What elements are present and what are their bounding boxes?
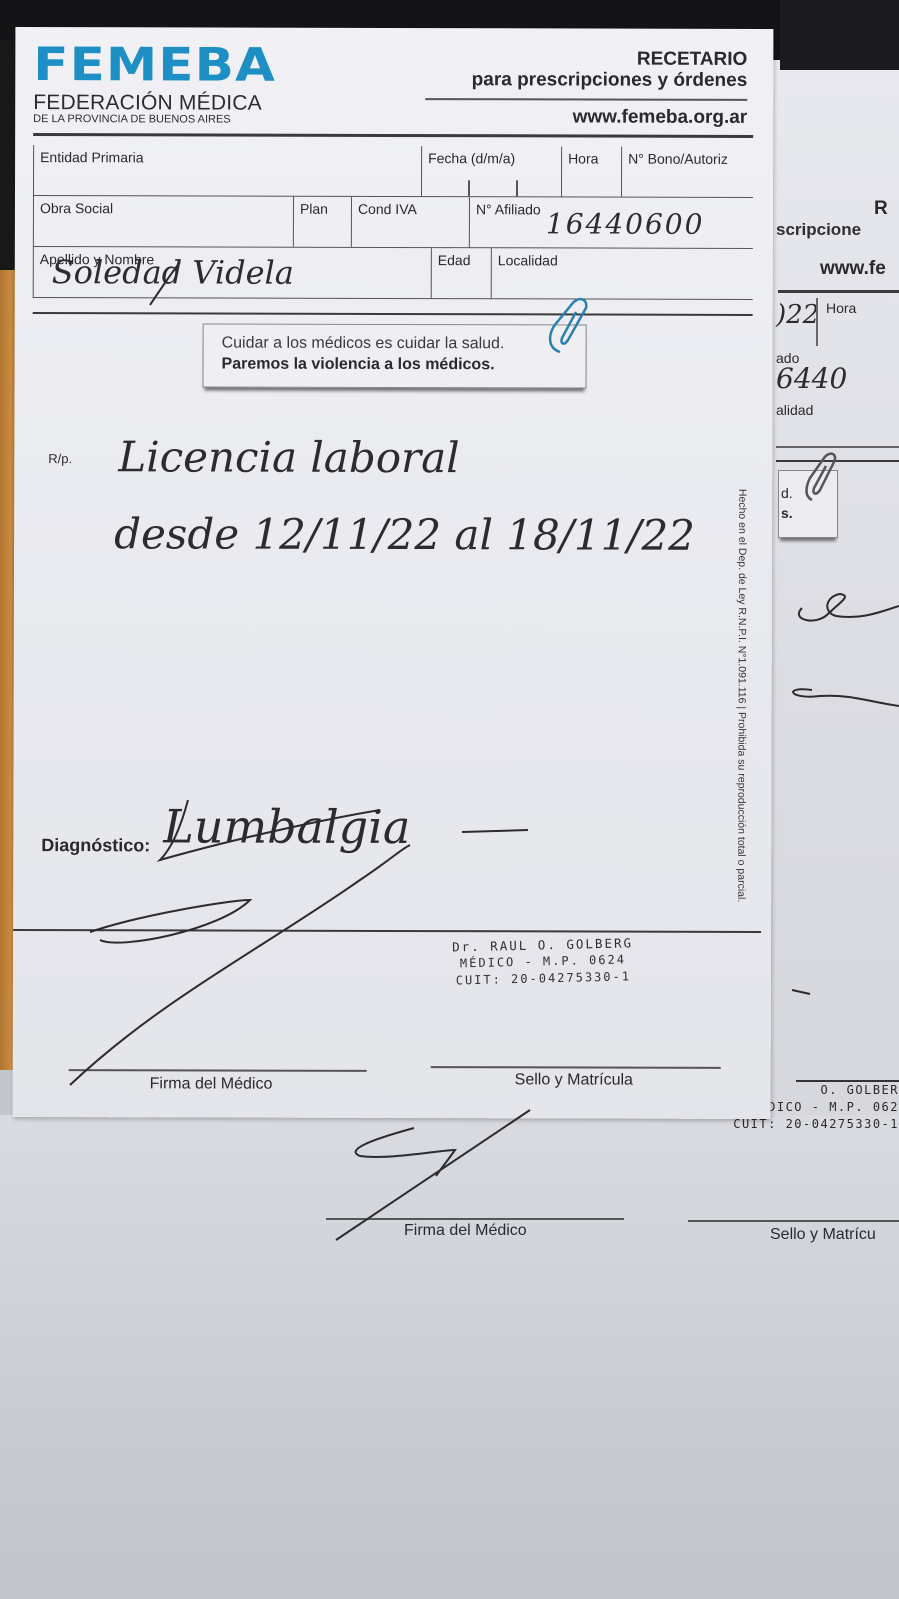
- back-date-fragment: )22: [776, 300, 819, 330]
- field-label: N° Bono/Autoriz: [628, 151, 728, 167]
- prescription-label: R/p.: [48, 451, 72, 466]
- back-sheet-lower-area: [0, 1115, 899, 1599]
- back-localidad-fragment: alidad: [776, 402, 813, 418]
- back-notice-fragment: d.: [781, 485, 793, 501]
- field-localidad[interactable]: Localidad: [491, 248, 754, 299]
- front-prescription-sheet: FEMEBA FEDERACIÓN MÉDICA DE LA PROVINCIA…: [13, 27, 774, 1119]
- diagnosis-value: Lumbalgia: [163, 799, 410, 854]
- back-form-subtitle-fragment: scripcione: [776, 220, 861, 240]
- seal-label: Sello y Matrícula: [515, 1071, 633, 1089]
- back-signature-label: Firma del Médico: [404, 1222, 527, 1240]
- header-rule: [33, 133, 753, 138]
- notice-line-1: Cuidar a los médicos es cuidar la salud.: [222, 335, 505, 354]
- seal-line: [431, 1066, 721, 1068]
- grid-row-coverage: Obra Social Plan Cond IVA N° Afiliado 16…: [33, 196, 753, 249]
- back-signature-line: [326, 1218, 624, 1220]
- back-hora-label: Hora: [826, 300, 856, 316]
- patient-info-grid: Entidad Primaria Fecha (d/m/a) Hora N° B…: [33, 145, 753, 300]
- grid-row-patient: Apellido y Nombre Soledad Videla Edad Lo…: [33, 247, 753, 300]
- field-label: Entidad Primaria: [40, 149, 144, 165]
- legal-notice: Hecho en el Dep. de Ley R.N.P.I. N°1.091…: [735, 489, 748, 902]
- back-row-rule: [776, 446, 899, 448]
- afiliado-value: 16440600: [546, 207, 705, 240]
- field-obra-social[interactable]: Obra Social: [33, 196, 294, 247]
- back-seal-line: [688, 1220, 899, 1222]
- signature-line: [69, 1069, 367, 1071]
- field-label: Fecha (d/m/a): [428, 150, 515, 166]
- back-cell-divider: [816, 298, 818, 346]
- field-label: Cond IVA: [358, 201, 417, 217]
- back-form-title-fragment: R: [874, 198, 888, 220]
- header-divider: [425, 98, 747, 101]
- field-label: Localidad: [498, 252, 558, 268]
- signature-label: Firma del Médico: [150, 1075, 273, 1093]
- field-apellido-nombre[interactable]: Apellido y Nombre Soledad Videla: [33, 247, 432, 298]
- patient-name-value: Soledad Videla: [52, 253, 294, 292]
- field-edad[interactable]: Edad: [431, 248, 492, 298]
- back-notice-box: d. s.: [778, 470, 838, 538]
- diagnosis-rule: [13, 929, 761, 933]
- date-tick: [516, 180, 518, 196]
- form-title: RECETARIO: [637, 49, 748, 71]
- anti-violence-notice: Cuidar a los médicos es cuidar la salud.…: [202, 324, 586, 389]
- back-afiliado-value-fragment: 6440: [776, 362, 847, 395]
- background-dark-corner: [780, 0, 899, 70]
- back-row-rule: [776, 460, 899, 462]
- back-header-rule: [778, 290, 899, 293]
- field-hora[interactable]: Hora: [561, 146, 622, 196]
- date-tick: [468, 180, 470, 196]
- patient-grid-bottom-rule: [33, 312, 753, 316]
- federation-name: FEDERACIÓN MÉDICA: [33, 91, 262, 116]
- field-label: Hora: [568, 150, 598, 166]
- field-label: Plan: [300, 201, 328, 217]
- field-label: Edad: [438, 252, 471, 268]
- back-notice-fragment: s.: [781, 505, 793, 521]
- femeba-logo: FEMEBA: [33, 41, 276, 88]
- grid-row-entity: Entidad Primaria Fecha (d/m/a) Hora N° B…: [33, 145, 753, 198]
- field-label: Obra Social: [40, 200, 113, 216]
- field-label: N° Afiliado: [476, 201, 541, 217]
- website: www.femeba.org.ar: [573, 106, 748, 128]
- prescription-line-1: Licencia laboral: [118, 432, 459, 482]
- notice-line-2: Paremos la violencia a los médicos.: [222, 356, 495, 375]
- doctor-stamp: Dr. RAUL O. GOLBERG MÉDICO - M.P. 0624 C…: [432, 934, 653, 990]
- federation-region: DE LA PROVINCIA DE BUENOS AIRES: [33, 113, 230, 126]
- field-plan[interactable]: Plan: [293, 197, 352, 247]
- prescription-line-2: desde 12/11/22 al 18/11/22: [114, 509, 695, 560]
- field-entidad-primaria[interactable]: Entidad Primaria: [33, 145, 422, 196]
- back-form-website-fragment: www.fe: [820, 258, 886, 280]
- field-fecha[interactable]: Fecha (d/m/a): [421, 146, 562, 196]
- form-subtitle: para prescripciones y órdenes: [472, 69, 748, 92]
- field-afiliado[interactable]: N° Afiliado 16440600: [469, 197, 754, 248]
- back-seal-label: Sello y Matrícu: [770, 1226, 876, 1244]
- field-cond-iva[interactable]: Cond IVA: [351, 197, 470, 247]
- diagnosis-label: Diagnóstico:: [41, 835, 150, 856]
- field-bono[interactable]: N° Bono/Autoriz: [621, 147, 754, 197]
